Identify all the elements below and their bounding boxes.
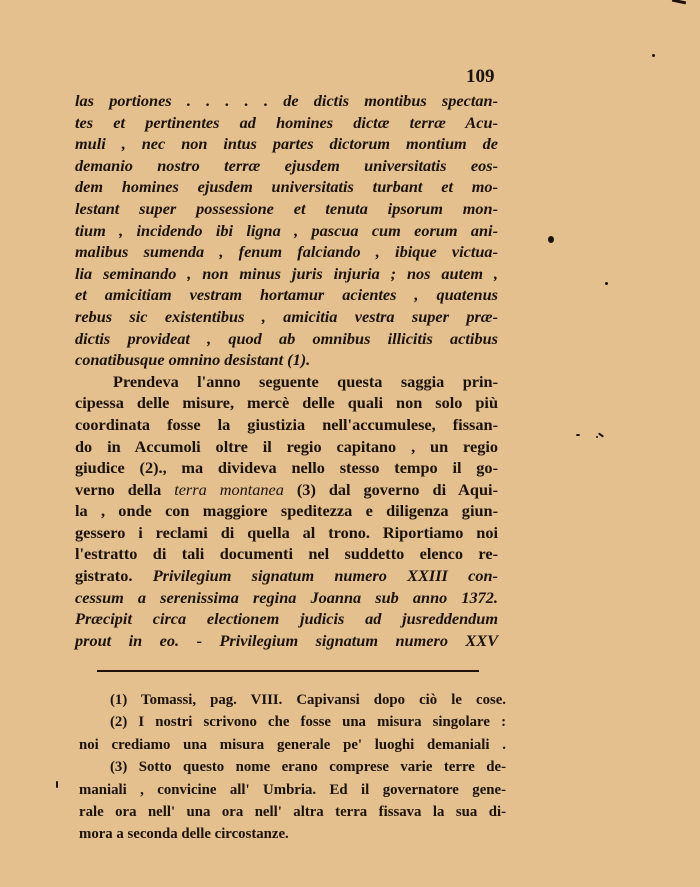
text-line: muli , nec non intus partes dictorum mon…: [75, 133, 498, 155]
text-line: las portiones . . . . . de dictis montib…: [75, 90, 498, 112]
text-line: prout in eo. - Privilegium signatum nume…: [75, 630, 498, 652]
text-line: l'estratto di tali documenti nel suddett…: [75, 543, 498, 565]
text-line: Prendeva l'anno seguente questa saggia p…: [75, 371, 498, 393]
text-line: la , onde con maggiore speditezza e dili…: [75, 500, 498, 522]
footnote-divider: [97, 670, 479, 672]
footnote-line: (2) I nostri scrivono che fosse una misu…: [79, 711, 506, 733]
text-line: tes et pertinentes ad homines dictæ terr…: [75, 112, 498, 134]
text-line: rebus sic existentibus , amicitia vestra…: [75, 306, 498, 328]
text-line: coordinata fosse la giustizia nell'accum…: [75, 414, 498, 436]
text-line: malibus sumenda , fenum falciando , ibiq…: [75, 241, 498, 263]
footnotes: (1) Tomassi, pag. VIII. Capivansi dopo c…: [79, 689, 506, 846]
ink-speck: [596, 436, 598, 438]
ink-speck: [548, 236, 554, 243]
ink-speck: [598, 432, 604, 437]
text-span: (3) dal governo di Aqui-: [284, 480, 498, 499]
footnote-line: (1) Tomassi, pag. VIII. Capivansi dopo c…: [79, 689, 506, 711]
text-line: giudice (2)., ma divideva nello stesso t…: [75, 457, 498, 479]
text-line: dictis provideat , quod ab omnibus illic…: [75, 328, 498, 350]
text-line: gessero i reclami di quella al trono. Ri…: [75, 522, 498, 544]
text-line: cessum a serenissima regina Joanna sub a…: [75, 587, 498, 609]
footnote-line: (3) Sotto questo nome erano comprese var…: [79, 756, 506, 778]
text-line: cipessa delle misure, mercè delle quali …: [75, 392, 498, 414]
scan-artifact: [672, 0, 686, 4]
page-number: 109: [466, 66, 495, 88]
text-line: dem homines ejusdem universitatis turban…: [75, 176, 498, 198]
text-span: verno della: [75, 480, 174, 499]
footnote-line: mora a seconda delle circostanze.: [79, 823, 506, 845]
text-line: conatibusque omnino desistant (1).: [75, 349, 498, 371]
ink-speck: [56, 781, 58, 788]
footnote-line: maniali , convicine all' Umbria. Ed il g…: [79, 779, 506, 801]
ink-speck: [605, 282, 608, 285]
book-page: 109 las portiones . . . . . de dictis mo…: [0, 0, 700, 887]
text-line: demanio nostro terræ ejusdem universitat…: [75, 155, 498, 177]
footnote-line: rale ora nell' una ora nell' altra terra…: [79, 801, 506, 823]
text-line: Præcipit circa electionem judicis ad jus…: [75, 608, 498, 630]
ink-speck: [576, 434, 580, 436]
main-text: las portiones . . . . . de dictis montib…: [75, 90, 498, 651]
text-line-mixed: verno della terra montanea (3) dal gover…: [75, 479, 498, 501]
text-line-mixed: gistrato. Privilegium signatum numero XX…: [75, 565, 498, 587]
text-span: gistrato.: [75, 566, 153, 585]
footnote-line: noi crediamo una misura generale pe' luo…: [79, 734, 506, 756]
ink-speck: [652, 54, 655, 57]
italic-phrase: terra montanea: [174, 480, 284, 499]
text-line: lia seminando , non minus juris injuria …: [75, 263, 498, 285]
italic-phrase: Privilegium signatum numero XXIII con-: [153, 566, 498, 585]
text-line: tium , incidendo ibi ligna , pascua cum …: [75, 220, 498, 242]
text-line: do in Accumoli oltre il regio capitano ,…: [75, 436, 498, 458]
text-line: lestant super possessione et tenuta ipso…: [75, 198, 498, 220]
text-line: et amicitiam vestram hortamur acientes ,…: [75, 284, 498, 306]
